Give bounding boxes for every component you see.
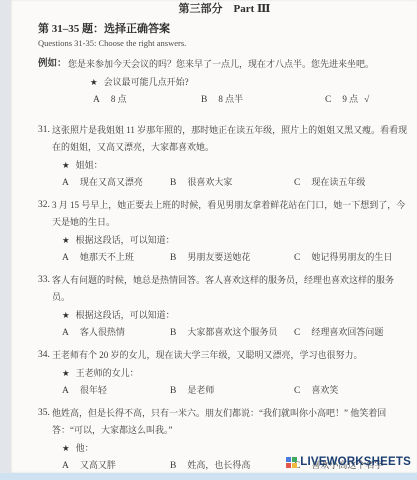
example-label: 例如： [38, 56, 67, 73]
option-a[interactable]: A很年轻 [62, 382, 170, 399]
question-number: 33. [38, 272, 50, 289]
question-passage: 3 月 15 号早上，她正要去上班的时候，看见男朋友拿着鲜花站在门口，她一下想到… [52, 197, 411, 231]
option-a[interactable]: A又高又胖 [62, 457, 170, 474]
star-icon: ★ [90, 74, 98, 90]
prompt-text: 姐姐： [76, 160, 103, 170]
option-text: 客人很热情 [80, 327, 125, 337]
option-c[interactable]: C喜欢笑 [294, 382, 411, 399]
question-passage: 客人有问题的时候，她总是热情回答。客人喜欢这样的服务员，经理也喜欢这样的服务员。 [52, 272, 411, 306]
star-icon: ★ [62, 232, 70, 248]
option-letter: B [170, 458, 176, 474]
option-c[interactable]: C她记得男朋友的生日 [294, 249, 411, 266]
option-b[interactable]: B男朋友要送她花 [170, 249, 294, 266]
example-prompt-text: 会议最可能几点开始? [104, 77, 189, 87]
example-prompt: ★会议最可能几点开始? [90, 74, 411, 90]
option-letter: C [294, 250, 300, 266]
option-letter: A [62, 250, 69, 266]
star-icon: ★ [62, 157, 70, 173]
question-number: 31. [38, 122, 50, 139]
question-passage: 王老师有个 20 岁的女儿，现在读大学三年级，又聪明又漂亮，学习也很努力。 [52, 347, 411, 364]
prompt-text: 他： [76, 443, 94, 453]
option-letter: A [93, 92, 100, 108]
section-title-zh: 第 31–35 题：选择正确答案 [38, 22, 411, 36]
prompt-text: 根据这段话，可以知道： [76, 310, 175, 320]
option-letter: B [170, 250, 176, 266]
question-prompt: ★姐姐： [62, 157, 411, 173]
question-prompt: ★王老师的女儿： [62, 365, 411, 381]
option-text: 9 点 [342, 94, 358, 104]
option-letter: A [62, 175, 69, 191]
question-prompt: ★根据这段话，可以知道： [62, 232, 411, 248]
option-text: 又高又胖 [80, 460, 116, 470]
option-text: 8 点半 [218, 94, 243, 104]
option-b[interactable]: B姓高，也长得高 [170, 457, 294, 474]
checkmark-icon: √ [364, 95, 369, 105]
prompt-text: 根据这段话，可以知道： [76, 235, 175, 245]
question-prompt: ★他： [62, 440, 411, 456]
option-letter: B [170, 383, 176, 399]
question-number: 34. [38, 347, 50, 364]
example-options-row: A8 点 B8 点半 C9 点√ [93, 91, 411, 108]
question-number: 32. [38, 197, 50, 214]
liveworksheets-logo-icon [286, 457, 297, 468]
option-text: 男朋友要送她花 [187, 252, 250, 262]
question-31: 31. 这张照片是我姐姐 11 岁那年照的，那时她正在读五年级，照片上的姐姐又黑… [38, 122, 411, 191]
example-option-b[interactable]: B8 点半 [201, 91, 325, 108]
question-prompt: ★根据这段话，可以知道： [62, 307, 411, 323]
star-icon: ★ [62, 365, 70, 381]
option-letter: A [62, 383, 69, 399]
option-letter: C [325, 92, 331, 108]
option-text: 喜欢笑 [311, 385, 338, 395]
star-icon: ★ [62, 440, 70, 456]
example-block: 例如： 您是来参加今天会议的吗？您来早了一点儿，现在才八点半。您先进来坐吧。 ★… [38, 56, 411, 108]
prompt-text: 王老师的女儿： [76, 368, 139, 378]
option-text: 经理喜欢回答问题 [311, 327, 383, 337]
star-icon: ★ [62, 307, 70, 323]
option-b[interactable]: B是老师 [170, 382, 294, 399]
option-letter: B [201, 92, 207, 108]
options-row: A客人很热情 B大家都喜欢这个服务员 C经理喜欢回答问题 [62, 324, 411, 341]
option-letter: B [170, 175, 176, 191]
option-text: 她那天不上班 [80, 252, 134, 262]
option-letter: A [62, 325, 69, 341]
example-passage: 您是来参加今天会议的吗？您来早了一点儿，现在才八点半。您先进来坐吧。 [68, 56, 411, 73]
option-text: 很喜欢大家 [187, 177, 232, 187]
option-text: 现在又高又漂亮 [80, 177, 143, 187]
question-32: 32. 3 月 15 号早上，她正要去上班的时候，看见男朋友拿着鲜花站在门口，她… [38, 197, 411, 266]
option-text: 姓高，也长得高 [187, 460, 250, 470]
option-a[interactable]: A现在又高又漂亮 [62, 174, 170, 191]
option-letter: A [62, 458, 69, 474]
question-34: 34. 王老师有个 20 岁的女儿，现在读大学三年级，又聪明又漂亮，学习也很努力… [38, 347, 411, 399]
option-text: 8 点 [111, 94, 127, 104]
example-option-a[interactable]: A8 点 [93, 91, 201, 108]
option-letter: B [170, 325, 176, 341]
question-33: 33. 客人有问题的时候，她总是热情回答。客人喜欢这样的服务员，经理也喜欢这样的… [38, 272, 411, 341]
page-edge-bottom [0, 473, 417, 480]
options-row: A现在又高又漂亮 B很喜欢大家 C现在读五年级 [62, 174, 411, 191]
question-number: 35. [38, 405, 50, 422]
section-title-en: Questions 31-35: Choose the right answer… [38, 38, 411, 48]
worksheet-page: 第三部分 Part Ⅲ 第 31–35 题：选择正确答案 Questions 3… [10, 0, 417, 473]
example-option-c[interactable]: C9 点√ [325, 91, 411, 108]
part-header: 第三部分 Part Ⅲ [38, 3, 411, 16]
option-letter: C [294, 383, 300, 399]
option-b[interactable]: B很喜欢大家 [170, 174, 294, 191]
options-row: A她那天不上班 B男朋友要送她花 C她记得男朋友的生日 [62, 249, 411, 266]
question-passage: 他姓高，但是长得不高，只有一米六。朋友们都说：“我们就叫你小高吧！” 他笑着回答… [52, 405, 411, 439]
question-passage: 这张照片是我姐姐 11 岁那年照的，那时她正在读五年级，照片上的姐姐又黑又瘦。看… [52, 122, 411, 156]
option-text: 现在读五年级 [311, 177, 365, 187]
liveworksheets-logo-text: LIVEWORKSHEETS [300, 456, 411, 468]
option-a[interactable]: A她那天不上班 [62, 249, 170, 266]
option-c[interactable]: C经理喜欢回答问题 [294, 324, 411, 341]
option-a[interactable]: A客人很热情 [62, 324, 170, 341]
option-text: 是老师 [187, 385, 214, 395]
option-text: 大家都喜欢这个服务员 [187, 327, 277, 337]
option-c[interactable]: C现在读五年级 [294, 174, 411, 191]
option-letter: C [294, 325, 300, 341]
option-text: 很年轻 [80, 385, 107, 395]
options-row: A很年轻 B是老师 C喜欢笑 [62, 382, 411, 399]
option-b[interactable]: B大家都喜欢这个服务员 [170, 324, 294, 341]
option-text: 她记得男朋友的生日 [311, 252, 392, 262]
option-letter: C [294, 175, 300, 191]
liveworksheets-logo[interactable]: LIVEWORKSHEETS [286, 456, 411, 468]
